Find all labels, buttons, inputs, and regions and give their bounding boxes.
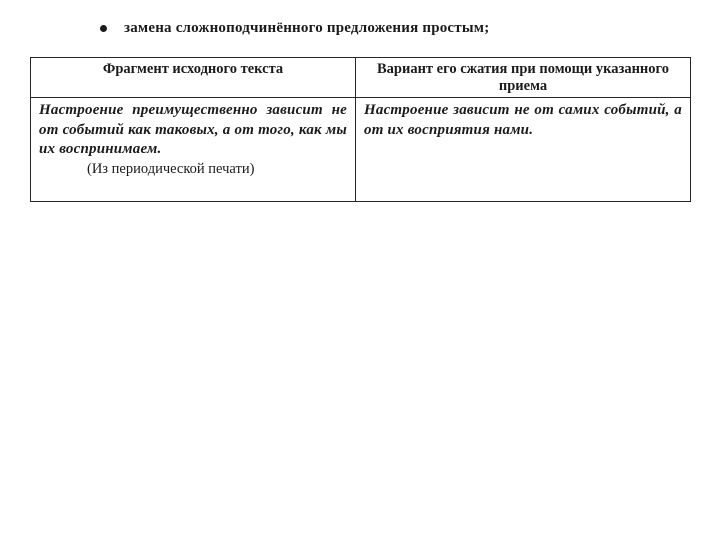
bullet-list-item: замена сложноподчинённого предложения пр…	[100, 19, 680, 38]
table-cell-compressed-text: Настроение зависит не от самих событий, …	[356, 98, 691, 202]
table-header-compression: Вариант его сжатия при помощи указанного…	[356, 58, 691, 98]
table-row: Настроение преимущественно зависит не от…	[31, 98, 691, 202]
table-header-source: Фрагмент исходного текста	[31, 58, 356, 98]
compression-table: Фрагмент исходного текста Вариант его сж…	[30, 57, 691, 202]
table-header-row: Фрагмент исходного текста Вариант его сж…	[31, 58, 691, 98]
source-attribution: (Из периодической печати)	[39, 160, 347, 179]
document-page: замена сложноподчинённого предложения пр…	[0, 0, 720, 540]
source-text: Настроение преимущественно зависит не от…	[39, 101, 347, 160]
bullet-item-label: замена сложноподчинённого предложения пр…	[124, 19, 489, 38]
table-cell-source-text: Настроение преимущественно зависит не от…	[31, 98, 356, 202]
bullet-icon	[100, 25, 107, 32]
compressed-text: Настроение зависит не от самих событий, …	[364, 101, 682, 140]
